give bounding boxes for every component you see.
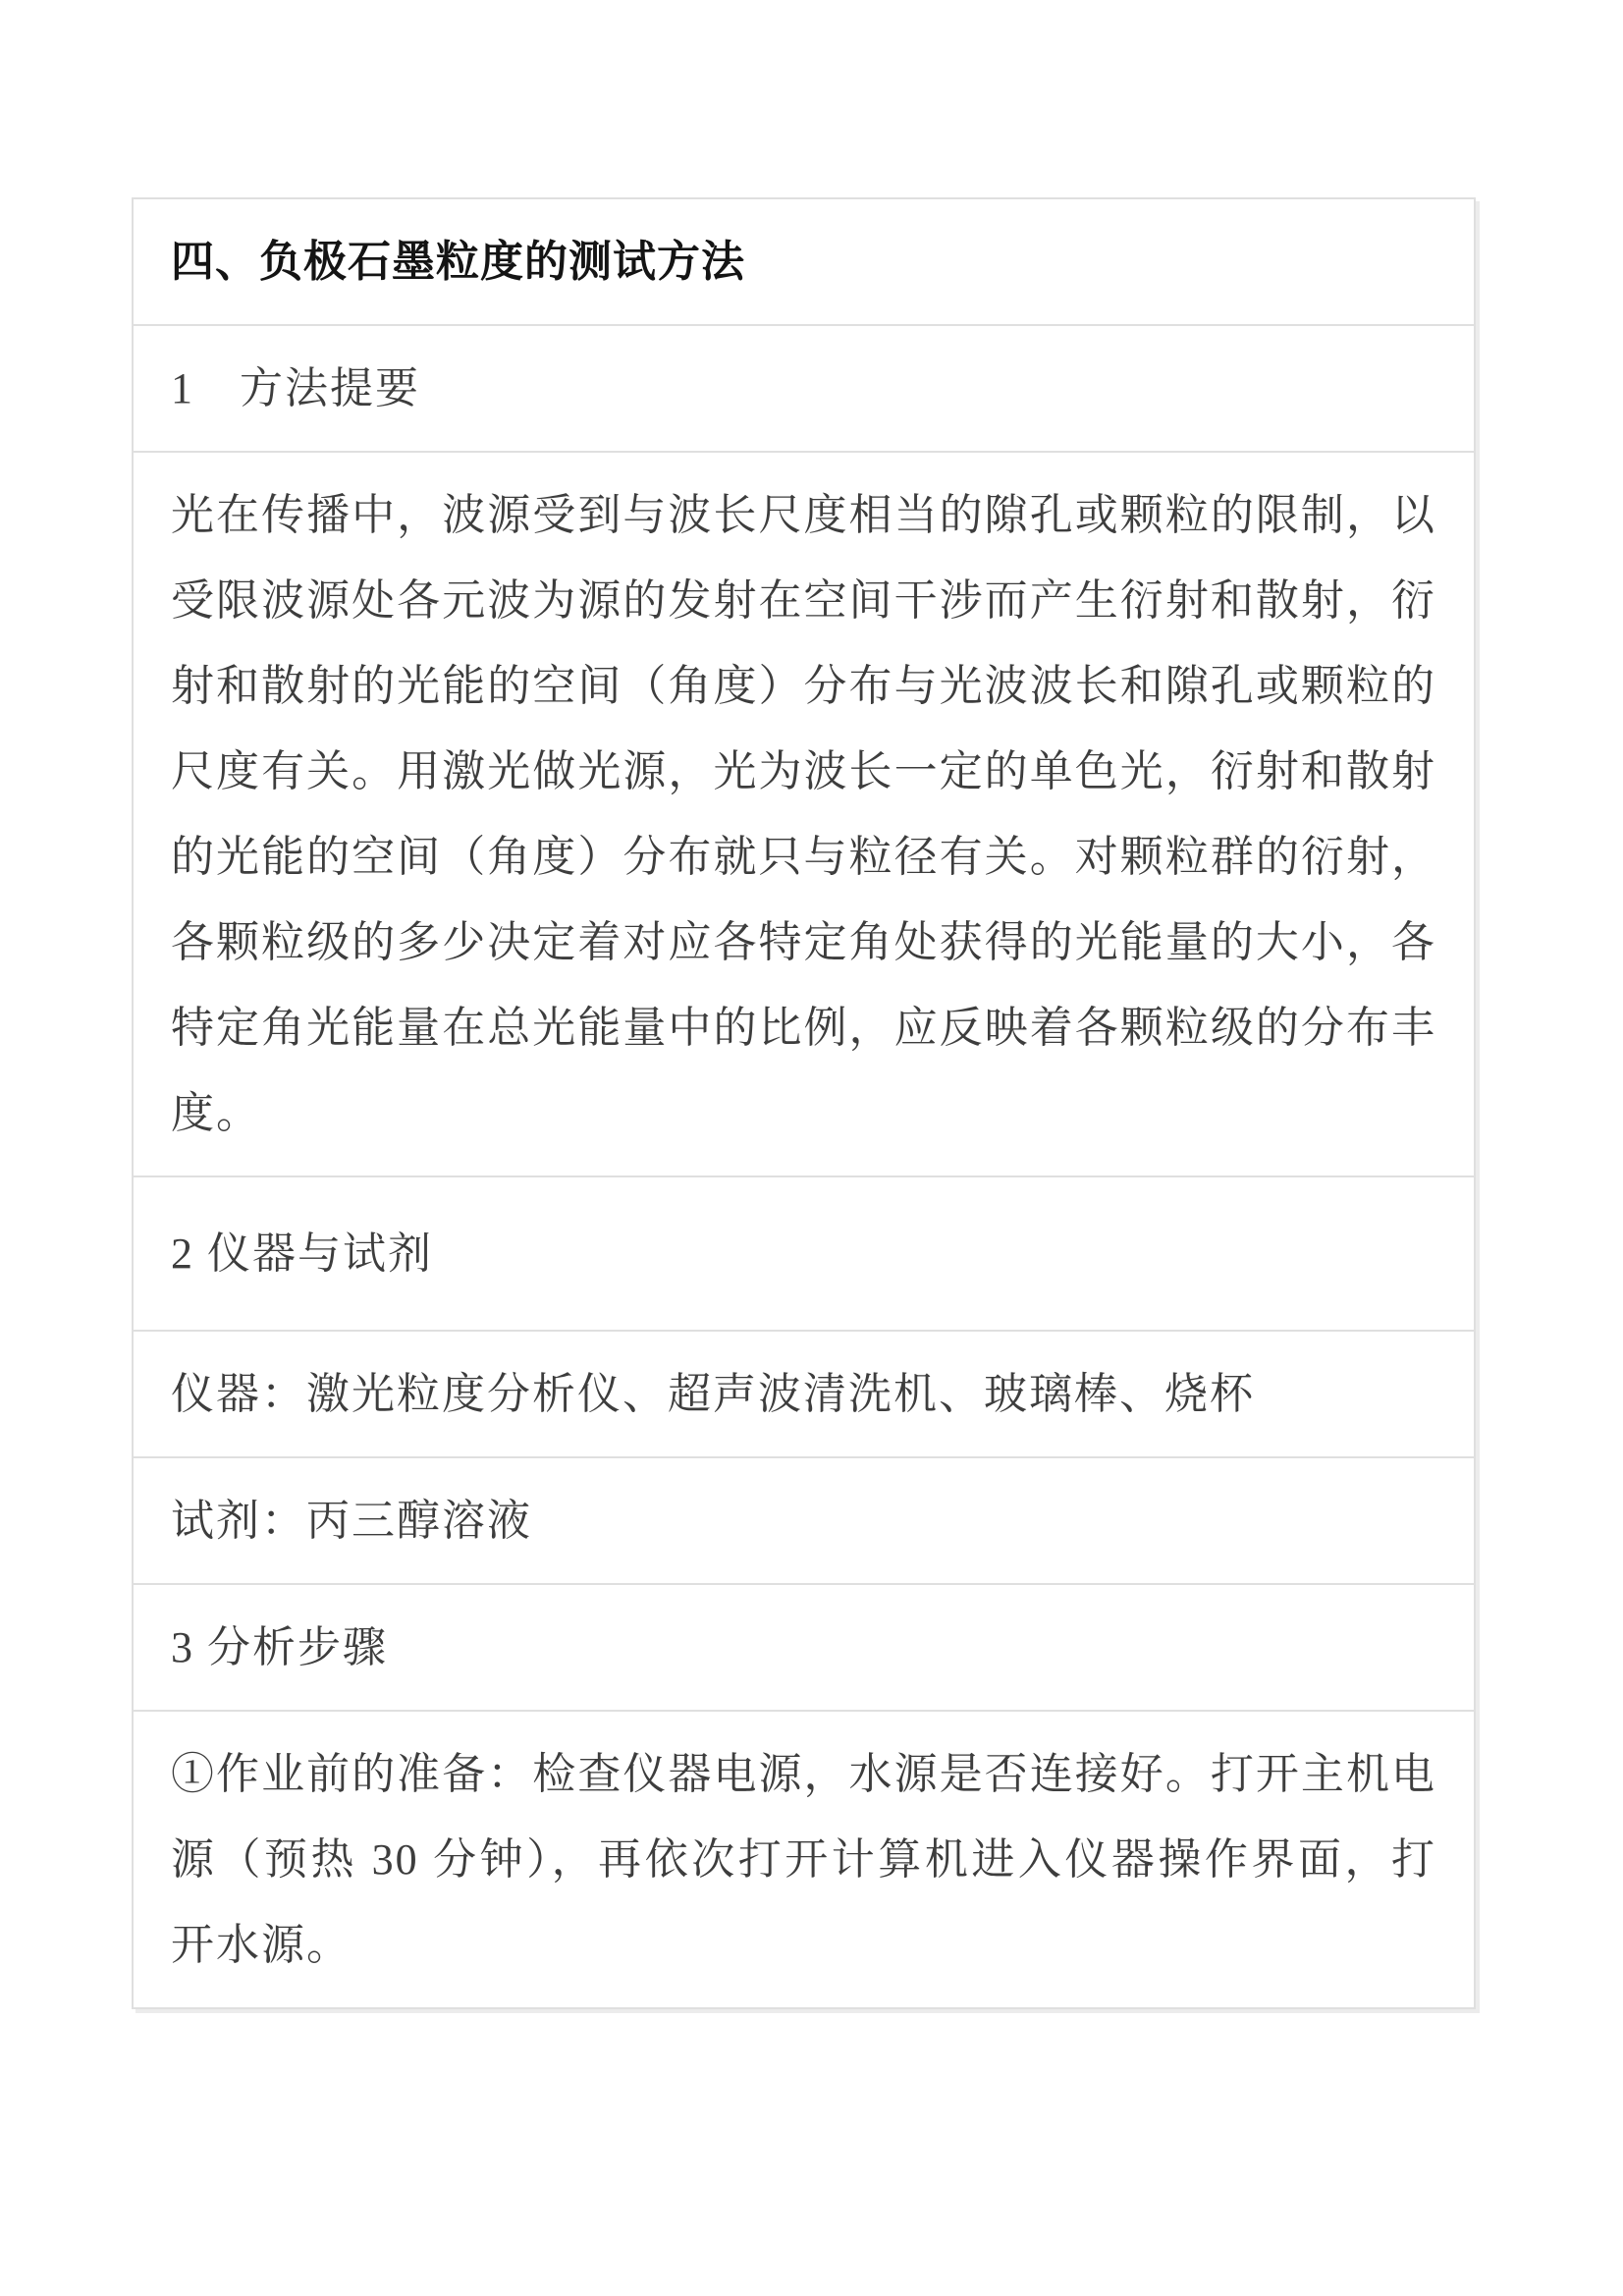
table-row-reagents-list: 试剂：丙三醇溶液 xyxy=(134,1458,1474,1585)
table-row-step-1-paragraph: ①作业前的准备：检查仪器电源，水源是否连接好。打开主机电源（预热 30 分钟），… xyxy=(134,1712,1474,2007)
table-row-method-summary-heading: 1 方法提要 xyxy=(134,326,1474,453)
procedure-table: 四、负极石墨粒度的测试方法 1 方法提要 光在传播中，波源受到与波长尺度相当的隙… xyxy=(132,197,1476,2009)
table-row-analysis-steps-heading: 3 分析步骤 xyxy=(134,1585,1474,1712)
table-row-section-title: 四、负极石墨粒度的测试方法 xyxy=(134,199,1474,326)
table-row-instruments-reagents-heading: 2 仪器与试剂 xyxy=(134,1177,1474,1332)
table-row-instruments-list: 仪器：激光粒度分析仪、超声波清洗机、玻璃棒、烧杯 xyxy=(134,1332,1474,1458)
table-row-method-summary-paragraph: 光在传播中，波源受到与波长尺度相当的隙孔或颗粒的限制，以受限波源处各元波为源的发… xyxy=(134,453,1474,1177)
document-page: 四、负极石墨粒度的测试方法 1 方法提要 光在传播中，波源受到与波长尺度相当的隙… xyxy=(0,0,1623,2296)
